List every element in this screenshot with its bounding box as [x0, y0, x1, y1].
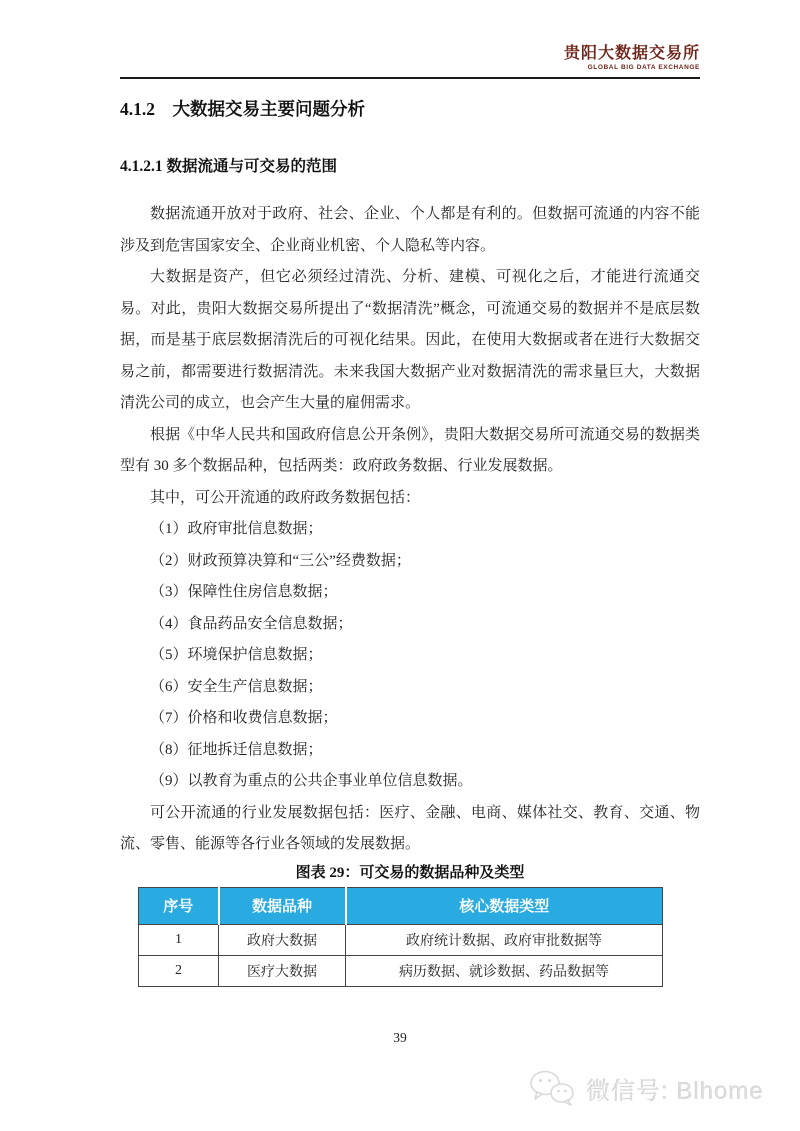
page-number: 39 — [0, 1030, 800, 1046]
list-item: （7）价格和收费信息数据； — [120, 703, 700, 735]
exchange-logo: 贵阳大数据交易所 GLOBAL BIG DATA EXCHANGE — [564, 46, 700, 72]
list-item: （1）政府审批信息数据； — [120, 514, 700, 546]
column-header-product: 数据品种 — [219, 887, 346, 924]
cell-type: 病历数据、就诊数据、药品数据等 — [346, 955, 663, 986]
table-header-row: 序号 数据品种 核心数据类型 — [139, 887, 663, 924]
paragraph: 其中，可公开流通的政府政务数据包括： — [120, 483, 700, 515]
logo-title: 贵阳大数据交易所 — [564, 46, 700, 62]
table-row: 2 医疗大数据 病历数据、就诊数据、药品数据等 — [139, 955, 663, 986]
list-item: （2）财政预算决算和“三公”经费数据； — [120, 546, 700, 578]
page-header: 贵阳大数据交易所 GLOBAL BIG DATA EXCHANGE — [0, 0, 800, 78]
wechat-icon — [528, 1068, 576, 1108]
data-products-table: 序号 数据品种 核心数据类型 1 政府大数据 政府统计数据、政府审批数据等 2 … — [138, 887, 663, 987]
list-item: （8）征地拆迁信息数据； — [120, 735, 700, 767]
logo-subtitle: GLOBAL BIG DATA EXCHANGE — [564, 65, 700, 72]
cell-type: 政府统计数据、政府审批数据等 — [346, 924, 663, 955]
document-body: 4.1.2 大数据交易主要问题分析 4.1.2.1 数据流通与可交易的范围 数据… — [120, 78, 700, 987]
table-caption: 图表 29：可交易的数据品种及类型 — [120, 862, 700, 884]
list-item: （6）安全生产信息数据； — [120, 672, 700, 704]
list-item: （3）保障性住房信息数据； — [120, 577, 700, 609]
government-data-list: （1）政府审批信息数据； （2）财政预算决算和“三公”经费数据； （3）保障性住… — [120, 514, 700, 798]
subsection-heading: 4.1.2.1 数据流通与可交易的范围 — [120, 156, 700, 178]
cell-index: 1 — [139, 924, 219, 955]
wechat-watermark: 微信号: Blhome — [528, 1068, 764, 1108]
watermark-text: 微信号: Blhome — [586, 1071, 764, 1106]
column-header-index: 序号 — [139, 887, 219, 924]
section-heading: 4.1.2 大数据交易主要问题分析 — [120, 97, 700, 121]
paragraph: 大数据是资产，但它必须经过清洗、分析、建模、可视化之后，才能进行流通交易。对此，… — [120, 262, 700, 420]
list-item: （4）食品药品安全信息数据； — [120, 609, 700, 641]
body-text: 数据流通开放对于政府、社会、企业、个人都是有利的。但数据可流通的内容不能涉及到危… — [120, 199, 700, 861]
cell-product: 政府大数据 — [219, 924, 346, 955]
paragraph: 可公开流通的行业发展数据包括：医疗、金融、电商、媒体社交、教育、交通、物流、零售… — [120, 798, 700, 861]
paragraph: 数据流通开放对于政府、社会、企业、个人都是有利的。但数据可流通的内容不能涉及到危… — [120, 199, 700, 262]
table-row: 1 政府大数据 政府统计数据、政府审批数据等 — [139, 924, 663, 955]
cell-index: 2 — [139, 955, 219, 986]
document-page: 贵阳大数据交易所 GLOBAL BIG DATA EXCHANGE 4.1.2 … — [0, 0, 800, 1131]
list-item: （9）以教育为重点的公共企事业单位信息数据。 — [120, 766, 700, 798]
list-item: （5）环境保护信息数据； — [120, 640, 700, 672]
column-header-type: 核心数据类型 — [346, 887, 663, 924]
cell-product: 医疗大数据 — [219, 955, 346, 986]
paragraph: 根据《中华人民共和国政府信息公开条例》，贵阳大数据交易所可流通交易的数据类型有 … — [120, 420, 700, 483]
